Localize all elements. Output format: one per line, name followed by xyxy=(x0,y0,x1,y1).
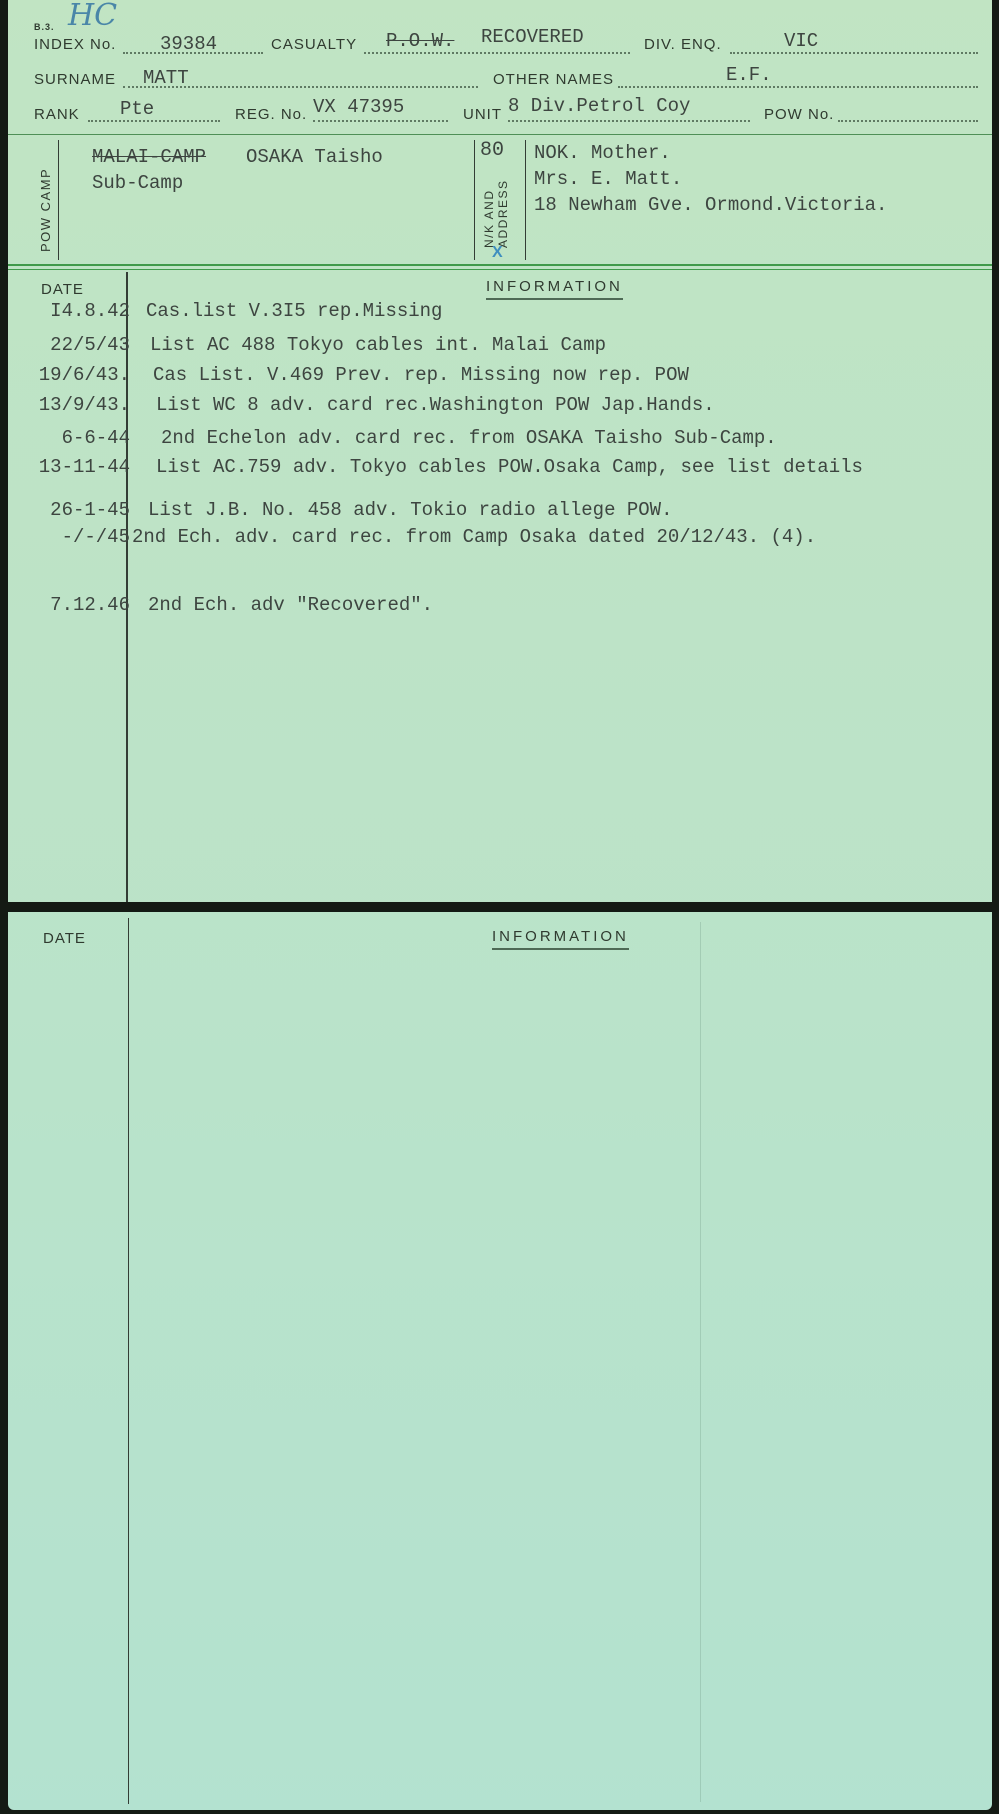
surname-label: SURNAME xyxy=(34,71,116,88)
casualty-label: CASUALTY xyxy=(271,36,357,53)
entry-date: 6-6-44 xyxy=(8,427,130,449)
form-code: B.3. xyxy=(34,22,55,32)
entry-date: 13-11-44 xyxy=(8,456,130,478)
entry-date: 26-1-45 xyxy=(8,499,130,521)
other-names-value: E.F. xyxy=(726,64,772,86)
nok-line3: 18 Newham Gve. Ormond.Victoria. xyxy=(534,194,887,216)
index-label: INDEX No. xyxy=(34,36,116,53)
handwritten-mark: HC xyxy=(68,0,117,33)
date-column-divider xyxy=(128,918,129,1804)
rank-value: Pte xyxy=(120,98,154,120)
entry-date: I4.8.42 xyxy=(8,300,130,322)
entry-information: List AC.759 adv. Tokyo cables POW.Osaka … xyxy=(156,456,863,478)
pow-no-label: POW No. xyxy=(764,106,834,123)
other-names-label: OTHER NAMES xyxy=(493,71,614,88)
reverse-date-header: DATE xyxy=(43,930,86,947)
entry-information: List WC 8 adv. card rec.Washington POW J… xyxy=(156,394,715,416)
date-header: DATE xyxy=(41,281,84,298)
blue-x-mark: X xyxy=(492,244,503,262)
entry-information: 2nd Ech. adv. card rec. from Camp Osaka … xyxy=(132,526,816,548)
rank-label: RANK xyxy=(34,106,80,123)
index-value: 39384 xyxy=(160,33,217,55)
entry-information: List AC 488 Tokyo cables int. Malai Camp xyxy=(150,334,606,356)
casualty-value: RECOVERED xyxy=(481,26,584,48)
entry-information: 2nd Ech. adv "Recovered". xyxy=(148,594,433,616)
div-enq-label: DIV. ENQ. xyxy=(644,36,722,53)
pow-camp-line1: OSAKA Taisho xyxy=(246,146,383,168)
entry-information: Cas List. V.469 Prev. rep. Missing now r… xyxy=(153,364,689,386)
entry-information: 2nd Echelon adv. card rec. from OSAKA Ta… xyxy=(161,427,777,449)
reverse-information-header: INFORMATION xyxy=(492,928,629,950)
div-enq-value: VIC xyxy=(784,30,818,52)
entry-information: Cas.list V.3I5 rep.Missing xyxy=(146,300,442,322)
unit-value: 8 Div.Petrol Coy xyxy=(508,95,690,117)
reg-no-value: VX 47395 xyxy=(313,96,404,118)
entry-date: 22/5/43 xyxy=(8,334,130,356)
entry-information: List J.B. No. 458 adv. Tokio radio alleg… xyxy=(148,499,673,521)
nok-code: 80 xyxy=(480,139,504,162)
information-header: INFORMATION xyxy=(486,278,623,300)
nok-label: N/K AND ADDRESS xyxy=(482,164,510,248)
paper-crease xyxy=(700,922,701,1802)
pow-camp-line2: Sub-Camp xyxy=(92,172,183,194)
entry-date: 7.12.46 xyxy=(8,594,130,616)
pow-camp-struck: MALAI-CAMP xyxy=(92,146,206,168)
unit-label: UNIT xyxy=(463,106,502,123)
surname-value: MATT xyxy=(143,67,189,89)
record-card-front: B.3. HC INDEX No. 39384 CASUALTY P.O.W. … xyxy=(8,0,992,902)
entry-date: 19/6/43. xyxy=(8,364,130,386)
nok-line2: Mrs. E. Matt. xyxy=(534,168,682,190)
entry-date: -/-/45 xyxy=(8,526,130,548)
pow-camp-label: POW CAMP xyxy=(38,152,53,252)
entry-date: 13/9/43. xyxy=(8,394,130,416)
casualty-struck-value: P.O.W. xyxy=(386,30,454,52)
reg-no-label: REG. No. xyxy=(235,106,307,123)
record-card-reverse: DATE INFORMATION xyxy=(8,912,992,1810)
nok-line1: NOK. Mother. xyxy=(534,142,671,164)
